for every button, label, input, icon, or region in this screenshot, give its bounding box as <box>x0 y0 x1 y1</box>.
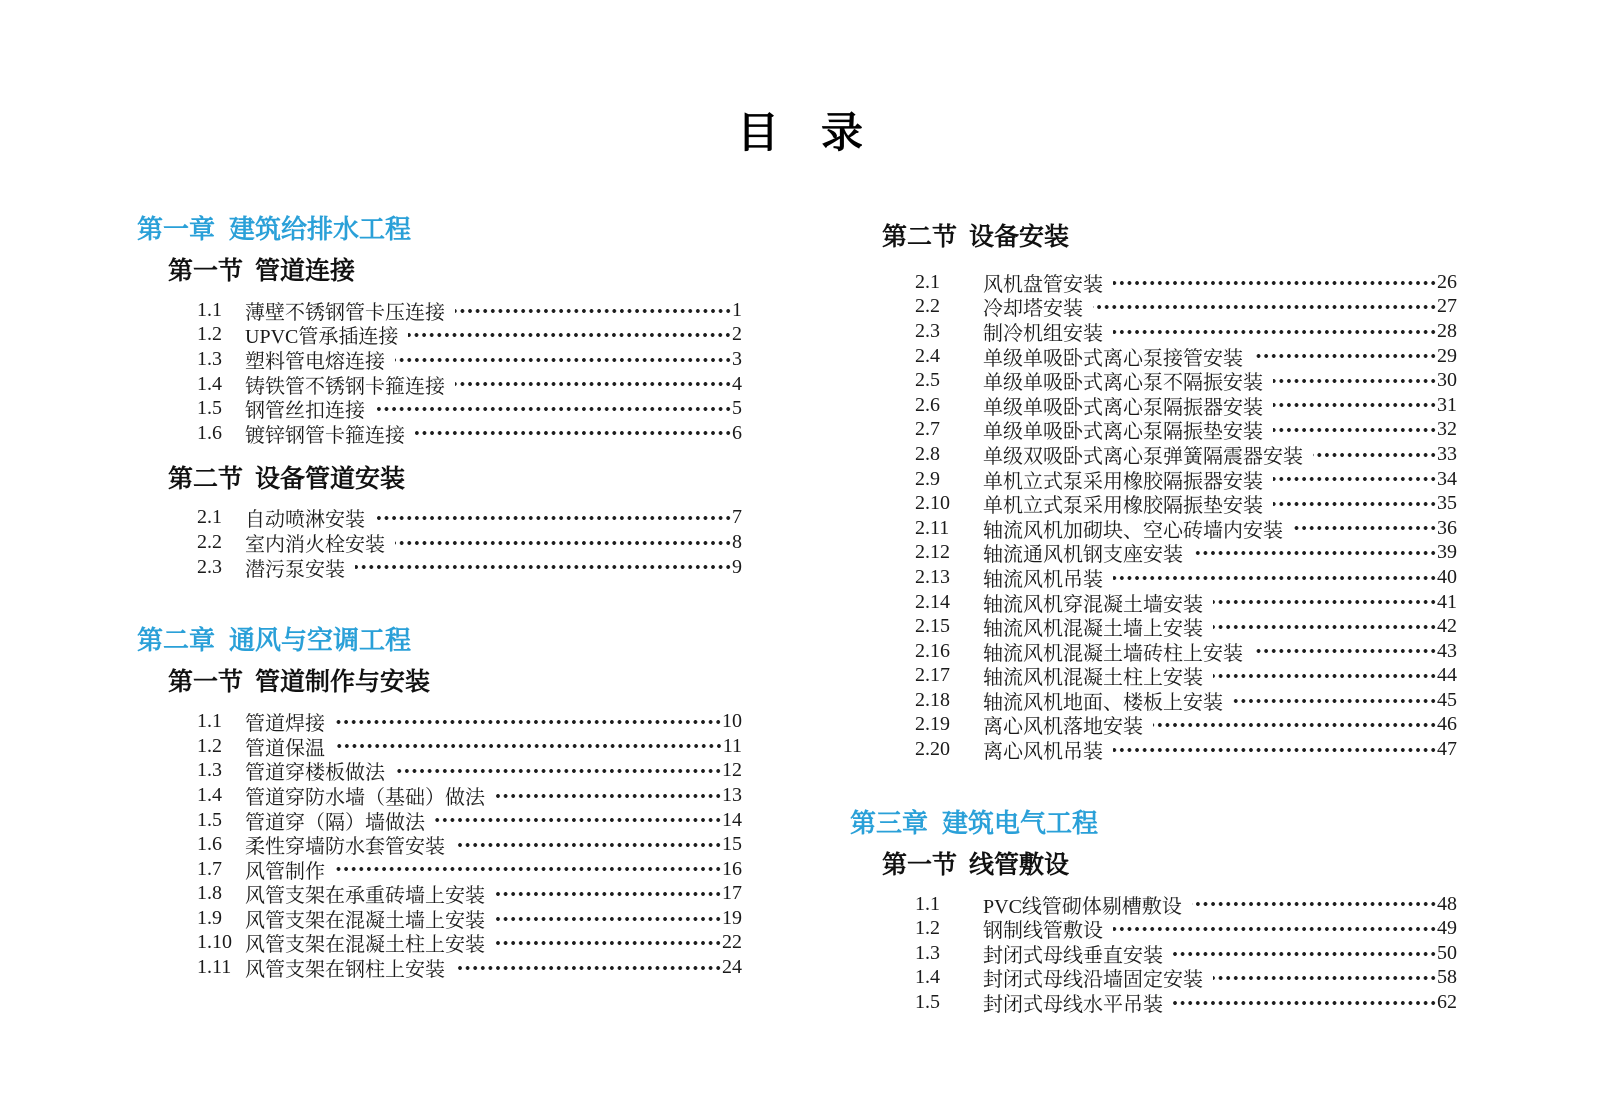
toc-item-group: 1.1PVC线管砌体剔槽敷设481.2钢制线管敷设491.3封闭式母线垂直安装5… <box>915 892 1457 1015</box>
toc-item-number: 1.5 <box>197 809 245 832</box>
toc-item: 2.7单级单吸卧式离心泵隔振垫安装32 <box>915 418 1457 443</box>
toc-item-number: 2.17 <box>915 664 983 687</box>
section-number: 第二节 <box>168 465 243 493</box>
toc-item-page: 47 <box>1437 738 1457 761</box>
toc-item: 2.16轴流风机混凝土墙砖柱上安装43 <box>915 639 1457 664</box>
dot-leader <box>375 506 732 531</box>
toc-item-number: 2.1 <box>915 271 983 294</box>
section-heading: 第一节管道连接 <box>168 256 742 286</box>
dot-leader <box>415 421 732 446</box>
toc-item: 2.1自动喷淋安装7 <box>197 506 742 531</box>
toc-item-number: 2.7 <box>915 418 983 441</box>
toc-item: 1.3封闭式母线垂直安装50 <box>915 941 1457 966</box>
toc-item-page: 19 <box>722 907 742 930</box>
dot-leader <box>1213 590 1437 615</box>
toc-item-number: 2.11 <box>915 517 983 540</box>
dot-leader <box>1113 916 1437 941</box>
toc-item-title: 潜污泵安装 <box>245 553 345 582</box>
toc-item: 2.3潜污泵安装9 <box>197 555 742 580</box>
section-title: 线管敷设 <box>969 851 1069 879</box>
toc-item-number: 2.16 <box>915 640 983 663</box>
dot-leader <box>1273 368 1437 393</box>
toc-item-page: 32 <box>1437 418 1457 441</box>
toc-item-page: 58 <box>1437 966 1457 989</box>
dot-leader <box>455 955 722 980</box>
toc-item-page: 7 <box>732 506 742 529</box>
toc-item: 1.5钢管丝扣连接5 <box>197 396 742 421</box>
toc-item-page: 42 <box>1437 615 1457 638</box>
toc-item: 2.3制冷机组安装28 <box>915 319 1457 344</box>
chapter-number: 第二章 <box>137 625 215 655</box>
toc-item-number: 2.15 <box>915 615 983 638</box>
toc-item-page: 12 <box>722 759 742 782</box>
toc-item-page: 1 <box>732 299 742 322</box>
dot-leader <box>1113 319 1437 344</box>
section-title: 设备管道安装 <box>255 465 405 493</box>
toc-item: 2.12轴流通风机钢支座安装39 <box>915 541 1457 566</box>
toc-item-number: 1.4 <box>197 784 245 807</box>
toc-item-number: 1.5 <box>197 397 245 420</box>
chapter-heading: 第二章通风与空调工程 <box>137 625 742 655</box>
toc-item: 2.6单级单吸卧式离心泵隔振器安装31 <box>915 393 1457 418</box>
toc-item-number: 2.18 <box>915 689 983 712</box>
dot-leader <box>375 396 732 421</box>
toc-item: 1.2管道保温11 <box>197 734 742 759</box>
toc-item: 1.9风管支架在混凝土墙上安装19 <box>197 906 742 931</box>
toc-item-number: 2.2 <box>197 531 245 554</box>
toc-item-number: 2.3 <box>197 556 245 579</box>
dot-leader <box>495 906 722 931</box>
toc-item: 2.8单级双吸卧式离心泵弹簧隔震器安装33 <box>915 442 1457 467</box>
toc-item-number: 1.11 <box>197 956 245 979</box>
dot-leader <box>1193 541 1437 566</box>
toc-item: 2.19离心风机落地安装46 <box>915 713 1457 738</box>
dot-leader <box>408 323 732 348</box>
toc-item-number: 1.6 <box>197 833 245 856</box>
toc-item-page: 14 <box>722 809 742 832</box>
dot-leader <box>1273 418 1437 443</box>
toc-item-page: 31 <box>1437 394 1457 417</box>
dot-leader <box>1113 565 1437 590</box>
dot-leader <box>1192 892 1437 917</box>
toc-item-number: 2.14 <box>915 591 983 614</box>
toc-item-page: 30 <box>1437 369 1457 392</box>
toc-item: 1.3塑料管电熔连接3 <box>197 347 742 372</box>
toc-item: 1.1薄壁不锈钢管卡压连接1 <box>197 298 742 323</box>
dot-leader <box>335 734 723 759</box>
toc-item-page: 40 <box>1437 566 1457 589</box>
toc-item-page: 6 <box>732 422 742 445</box>
toc-item-number: 2.12 <box>915 541 983 564</box>
toc-item-page: 24 <box>722 956 742 979</box>
toc-item: 1.5封闭式母线水平吊装62 <box>915 990 1457 1015</box>
chapter-title: 建筑给排水工程 <box>229 214 411 244</box>
dot-leader <box>1153 713 1437 738</box>
toc-item-page: 16 <box>722 858 742 881</box>
toc-item-number: 1.3 <box>197 348 245 371</box>
dot-leader <box>1093 295 1437 320</box>
section-number: 第二节 <box>882 223 957 251</box>
toc-item-number: 1.2 <box>197 735 245 758</box>
toc-item-number: 2.9 <box>915 468 983 491</box>
toc-item-group: 2.1自动喷淋安装72.2室内消火栓安装82.3潜污泵安装9 <box>197 506 742 580</box>
dot-leader <box>1273 393 1437 418</box>
toc-item-number: 2.3 <box>915 320 983 343</box>
toc-item-number: 1.2 <box>197 323 245 346</box>
toc-item-number: 1.3 <box>197 759 245 782</box>
toc-item: 2.10单机立式泵采用橡胶隔振垫安装35 <box>915 491 1457 516</box>
toc-item-number: 1.7 <box>197 858 245 881</box>
dot-leader <box>395 759 722 784</box>
toc-item-page: 17 <box>722 882 742 905</box>
toc-item: 2.14轴流风机穿混凝土墙安装41 <box>915 590 1457 615</box>
toc-item-page: 5 <box>732 397 742 420</box>
dot-leader <box>355 555 732 580</box>
dot-leader <box>335 857 722 882</box>
toc-item: 1.10风管支架在混凝土柱上安装22 <box>197 931 742 956</box>
toc-item: 2.15轴流风机混凝土墙上安装42 <box>915 614 1457 639</box>
chapter-title: 建筑电气工程 <box>942 808 1098 838</box>
toc-item-group: 1.1管道焊接101.2管道保温111.3管道穿楼板做法121.4管道穿防水墙（… <box>197 709 742 980</box>
section-number: 第一节 <box>168 257 243 285</box>
toc-item: 1.3管道穿楼板做法12 <box>197 759 742 784</box>
dot-leader <box>1253 344 1437 369</box>
section-heading: 第一节管道制作与安装 <box>168 667 742 697</box>
toc-item: 1.4封闭式母线沿墙固定安装58 <box>915 966 1457 991</box>
toc-item: 2.2冷却塔安装27 <box>915 295 1457 320</box>
toc-item-page: 49 <box>1437 917 1457 940</box>
toc-item: 1.1管道焊接10 <box>197 709 742 734</box>
toc-item-page: 34 <box>1437 468 1457 491</box>
toc-item-page: 22 <box>722 931 742 954</box>
chapter-heading: 第一章建筑给排水工程 <box>137 214 742 244</box>
toc-item-group: 1.1薄壁不锈钢管卡压连接11.2UPVC管承插连接21.3塑料管电熔连接31.… <box>197 298 742 446</box>
chapter-number: 第三章 <box>850 808 928 838</box>
toc-column-left: 第一章建筑给排水工程第一节管道连接1.1薄壁不锈钢管卡压连接11.2UPVC管承… <box>137 214 742 980</box>
toc-item-title: 镀锌钢管卡箍连接 <box>245 419 405 448</box>
toc-item-page: 10 <box>722 710 742 733</box>
toc-item-number: 1.4 <box>197 373 245 396</box>
toc-item: 2.2室内消火栓安装8 <box>197 530 742 555</box>
toc-item: 1.5管道穿（隔）墙做法14 <box>197 808 742 833</box>
toc-item-number: 1.4 <box>915 966 983 989</box>
toc-item-number: 1.1 <box>197 710 245 733</box>
toc-item: 2.18轴流风机地面、楼板上安装45 <box>915 688 1457 713</box>
toc-item: 1.8风管支架在承重砖墙上安装17 <box>197 882 742 907</box>
toc-item-page: 43 <box>1437 640 1457 663</box>
toc-item-page: 62 <box>1437 991 1457 1014</box>
dot-leader <box>1273 491 1437 516</box>
toc-item-page: 26 <box>1437 271 1457 294</box>
dot-leader <box>455 832 722 857</box>
toc-item-page: 44 <box>1437 664 1457 687</box>
dot-leader <box>455 372 732 397</box>
toc-item: 1.6镀锌钢管卡箍连接6 <box>197 421 742 446</box>
dot-leader <box>395 347 732 372</box>
toc-item-number: 1.6 <box>197 422 245 445</box>
dot-leader <box>1213 966 1437 991</box>
toc-item-page: 50 <box>1437 942 1457 965</box>
dot-leader <box>1213 664 1437 689</box>
toc-item-title: 封闭式母线水平吊装 <box>983 988 1163 1017</box>
toc-item-page: 11 <box>723 735 742 758</box>
toc-item-number: 2.19 <box>915 713 983 736</box>
toc-item-number: 2.8 <box>915 443 983 466</box>
toc-item-page: 2 <box>732 323 742 346</box>
toc-item: 2.11轴流风机加砌块、空心砖墙内安装36 <box>915 516 1457 541</box>
dot-leader <box>1273 467 1437 492</box>
toc-item-page: 33 <box>1437 443 1457 466</box>
chapter-heading: 第三章建筑电气工程 <box>850 808 1457 838</box>
toc-item-number: 1.1 <box>915 893 983 916</box>
section-heading: 第一节线管敷设 <box>882 850 1457 880</box>
dot-leader <box>455 298 732 323</box>
section-number: 第一节 <box>882 851 957 879</box>
dot-leader <box>495 882 722 907</box>
dot-leader <box>495 931 722 956</box>
toc-item: 2.13轴流风机吊装40 <box>915 565 1457 590</box>
toc-item-page: 39 <box>1437 541 1457 564</box>
toc-item-page: 4 <box>732 373 742 396</box>
toc-item-number: 2.1 <box>197 506 245 529</box>
toc-item: 1.2钢制线管敷设49 <box>915 916 1457 941</box>
toc-item-page: 27 <box>1437 295 1457 318</box>
dot-leader <box>395 530 732 555</box>
page-title: 目 录 <box>0 100 1600 160</box>
toc-item-page: 36 <box>1437 517 1457 540</box>
toc-item: 2.9单机立式泵采用橡胶隔振器安装34 <box>915 467 1457 492</box>
toc-item: 1.7风管制作16 <box>197 857 742 882</box>
toc-item-page: 41 <box>1437 591 1457 614</box>
toc-item-number: 2.10 <box>915 492 983 515</box>
section-title: 管道制作与安装 <box>255 668 430 696</box>
dot-leader <box>1113 270 1437 295</box>
toc-item-number: 1.3 <box>915 942 983 965</box>
toc-item-number: 1.1 <box>197 299 245 322</box>
toc-item: 1.4管道穿防水墙（基础）做法13 <box>197 783 742 808</box>
dot-leader <box>435 808 722 833</box>
toc-item: 2.17轴流风机混凝土柱上安装44 <box>915 664 1457 689</box>
section-title: 管道连接 <box>255 257 355 285</box>
section-heading: 第二节设备管道安装 <box>168 464 742 494</box>
dot-leader <box>1293 516 1437 541</box>
toc-item-number: 2.6 <box>915 394 983 417</box>
toc-item-number: 1.10 <box>197 931 245 954</box>
toc-item-title: 风管支架在钢柱上安装 <box>245 953 445 982</box>
section-number: 第一节 <box>168 668 243 696</box>
toc-column-right: 第二节设备安装2.1风机盘管安装262.2冷却塔安装272.3制冷机组安装282… <box>850 222 1457 1015</box>
toc-item-page: 48 <box>1437 893 1457 916</box>
toc-item: 1.6柔性穿墙防水套管安装15 <box>197 832 742 857</box>
toc-item-page: 3 <box>732 348 742 371</box>
dot-leader <box>1313 442 1437 467</box>
toc-item-number: 1.5 <box>915 991 983 1014</box>
dot-leader <box>1173 990 1437 1015</box>
toc-item-page: 28 <box>1437 320 1457 343</box>
toc-item-number: 2.20 <box>915 738 983 761</box>
toc-item-number: 1.8 <box>197 882 245 905</box>
toc-item: 1.4铸铁管不锈钢卡箍连接4 <box>197 372 742 397</box>
dot-leader <box>495 783 722 808</box>
toc-item-group: 2.1风机盘管安装262.2冷却塔安装272.3制冷机组安装282.4单级单吸卧… <box>915 270 1457 762</box>
toc-item-number: 1.9 <box>197 907 245 930</box>
toc-item-page: 46 <box>1437 713 1457 736</box>
toc-item: 2.1风机盘管安装26 <box>915 270 1457 295</box>
toc-item-page: 29 <box>1437 345 1457 368</box>
section-title: 设备安装 <box>969 223 1069 251</box>
toc-item-page: 15 <box>722 833 742 856</box>
dot-leader <box>1213 614 1437 639</box>
toc-item: 2.20离心风机吊装47 <box>915 737 1457 762</box>
section-heading: 第二节设备安装 <box>882 222 1457 252</box>
dot-leader <box>1233 688 1437 713</box>
chapter-title: 通风与空调工程 <box>229 625 411 655</box>
chapter-number: 第一章 <box>137 214 215 244</box>
toc-item: 1.2UPVC管承插连接2 <box>197 323 742 348</box>
toc-item-number: 1.2 <box>915 917 983 940</box>
dot-leader <box>1113 737 1437 762</box>
toc-item-page: 8 <box>732 531 742 554</box>
toc-item-number: 2.2 <box>915 295 983 318</box>
toc-item-page: 35 <box>1437 492 1457 515</box>
dot-leader <box>1173 941 1437 966</box>
toc-item: 2.4单级单吸卧式离心泵接管安装29 <box>915 344 1457 369</box>
toc-item: 1.11风管支架在钢柱上安装24 <box>197 955 742 980</box>
toc-item-number: 2.13 <box>915 566 983 589</box>
toc-item: 2.5单级单吸卧式离心泵不隔振安装30 <box>915 368 1457 393</box>
toc-item-title: 离心风机吊装 <box>983 735 1103 764</box>
dot-leader <box>335 709 722 734</box>
toc-item: 1.1PVC线管砌体剔槽敷设48 <box>915 892 1457 917</box>
toc-item-number: 2.4 <box>915 345 983 368</box>
toc-item-page: 9 <box>732 556 742 579</box>
toc-item-number: 2.5 <box>915 369 983 392</box>
dot-leader <box>1253 639 1437 664</box>
toc-item-page: 45 <box>1437 689 1457 712</box>
toc-item-page: 13 <box>722 784 742 807</box>
